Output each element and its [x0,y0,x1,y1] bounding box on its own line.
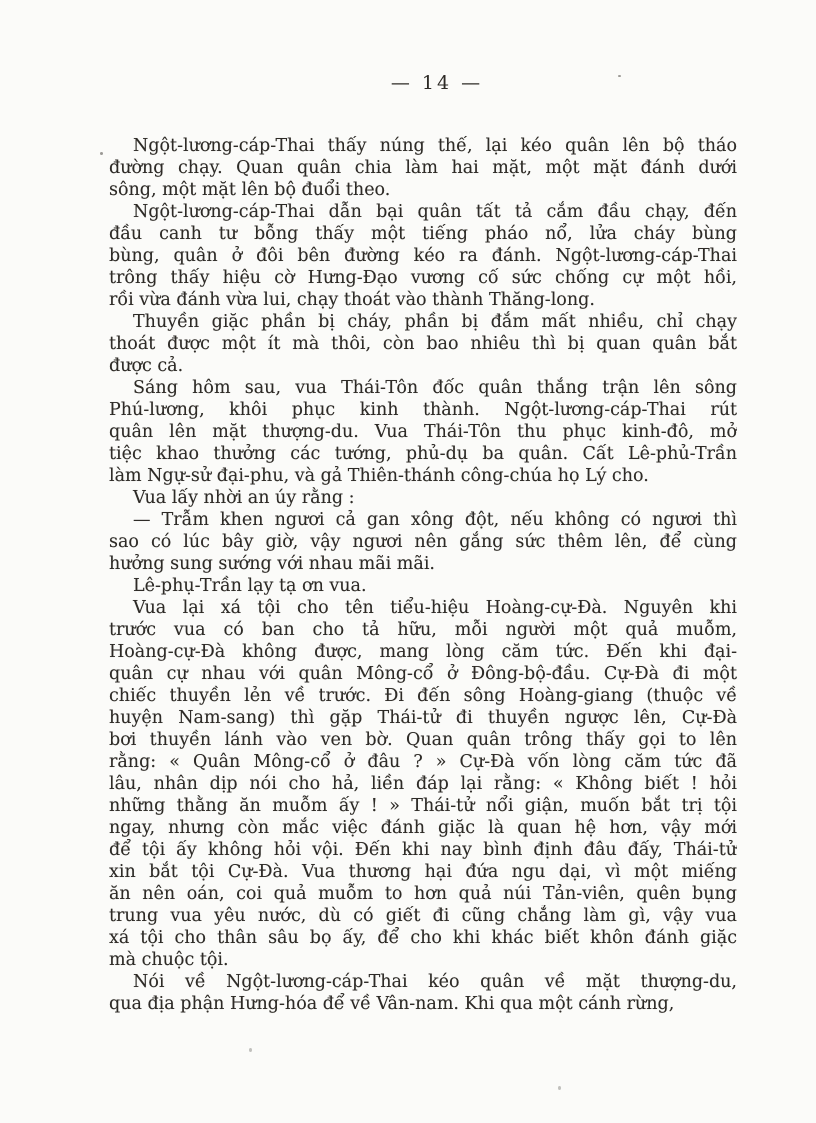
text-line: bơi thuyền lánh vào ven bờ. Quan quân tr… [109,729,737,751]
text-line: xin bắt tội Cự-Đà. Vua thương hại đứa ng… [109,861,737,883]
scan-speck [249,1048,252,1052]
paragraph: Nói về Ngột-lương-cáp-Thai kéo quân về m… [109,971,737,1015]
paragraph: Ngột-lương-cáp-Thai dẫn bại quân tất tả … [109,201,737,311]
text-line: ngay, nhưng còn mắc việc đánh giặc là qu… [109,817,737,839]
text-line: thoát được một ít mà thôi, còn bao nhiêu… [109,333,737,355]
paragraph: Sáng hôm sau, vua Thái-Tôn đốc quân thắn… [109,377,737,487]
paragraph: Lê-phụ-Trần lạy tạ ơn vua. [109,575,737,597]
text-line: — Trẫm khen ngươi cả gan xông đột, nếu k… [109,509,737,531]
text-line: sông, một mặt lên bộ đuổi theo. [109,179,737,201]
paragraph: Vua lấy nhời an úy rằng : [109,487,737,509]
text-line: Vua lại xá tội cho tên tiểu-hiệu Hoàng-c… [109,597,737,619]
text-line: bùng, quân ở đôi bên đường kéo ra đánh. … [109,245,737,267]
scan-speck [558,1086,561,1090]
text-line: những thằng ăn muỗm ấy ! » Thái-tử nổi g… [109,795,737,817]
text-line: trông thấy hiệu cờ Hưng-Đạo vương cố sức… [109,267,737,289]
text-line: rằng: « Quân Mông-cổ ở đâu ? » Cự-Đà vốn… [109,751,737,773]
text-line: Ngột-lương-cáp-Thai dẫn bại quân tất tả … [109,201,737,223]
text-line: Phú-lương, khôi phục kinh thành. Ngột-lư… [109,399,737,421]
text-line: rồi vừa đánh vừa lui, chạy thoát vào thà… [109,289,737,311]
text-line: chiếc thuyền lẻn về trước. Đi đến sông H… [109,685,737,707]
text-line: qua địa phận Hưng-hóa để về Vân-nam. Khi… [109,993,737,1015]
scan-speck [100,152,103,155]
text-line: mà chuộc tội. [109,949,737,971]
text-line: tiệc khao thưởng các tướng, phủ-dụ ba qu… [109,443,737,465]
text-line: Lê-phụ-Trần lạy tạ ơn vua. [109,575,737,597]
text-line: Thuyền giặc phần bị cháy, phần bị đắm mấ… [109,311,737,333]
text-line: trung vua yêu nước, dù có giết đi cũng c… [109,905,737,927]
text-line: huyện Nam-sang) thì gặp Thái-tử đi thuyề… [109,707,737,729]
text-line: Vua lấy nhời an úy rằng : [109,487,737,509]
text-line: đường chạy. Quan quân chia làm hai mặt, … [109,157,737,179]
text-line: sao có lúc bây giờ, vậy ngươi nên gắng s… [109,531,737,553]
page-text: Ngột-lương-cáp-Thai thấy núng thế, lại k… [109,135,737,1015]
text-line: Hoàng-cự-Đà không được, mang lòng căm tứ… [109,641,737,663]
text-line: ăn nên oán, coi quả muỗm to hơn quả núi … [109,883,737,905]
paragraph: Ngột-lương-cáp-Thai thấy núng thế, lại k… [109,135,737,201]
text-line: lâu, nhân dịp nói cho hả, liền đáp lại r… [109,773,737,795]
book-page: — 14 — Ngột-lương-cáp-Thai thấy núng thế… [0,0,816,1123]
text-line: đầu canh tư bỗng thấy một tiếng pháo nổ,… [109,223,737,245]
paragraph: — Trẫm khen ngươi cả gan xông đột, nếu k… [109,509,737,575]
text-line: trước vua có ban cho tả hữu, mỗi người m… [109,619,737,641]
paragraph: Vua lại xá tội cho tên tiểu-hiệu Hoàng-c… [109,597,737,971]
page-number: — 14 — [29,72,816,94]
text-line: để tội ấy không hỏi vội. Đến khi nay bìn… [109,839,737,861]
text-line: Nói về Ngột-lương-cáp-Thai kéo quân về m… [109,971,737,993]
text-line: Ngột-lương-cáp-Thai thấy núng thế, lại k… [109,135,737,157]
text-line: Sáng hôm sau, vua Thái-Tôn đốc quân thắn… [109,377,737,399]
text-line: quân cự nhau với quân Mông-cổ ở Đông-bộ-… [109,663,737,685]
text-line: quân lên mặt thượng-du. Vua Thái-Tôn thu… [109,421,737,443]
text-line: làm Ngự-sử đại-phu, và gả Thiên-thánh cô… [109,465,737,487]
text-line: được cả. [109,355,737,377]
paragraph: Thuyền giặc phần bị cháy, phần bị đắm mấ… [109,311,737,377]
scan-speck [618,75,621,77]
text-line: xá tội cho thân sâu bọ ấy, để cho khi kh… [109,927,737,949]
text-line: hưởng sung sướng với nhau mãi mãi. [109,553,737,575]
